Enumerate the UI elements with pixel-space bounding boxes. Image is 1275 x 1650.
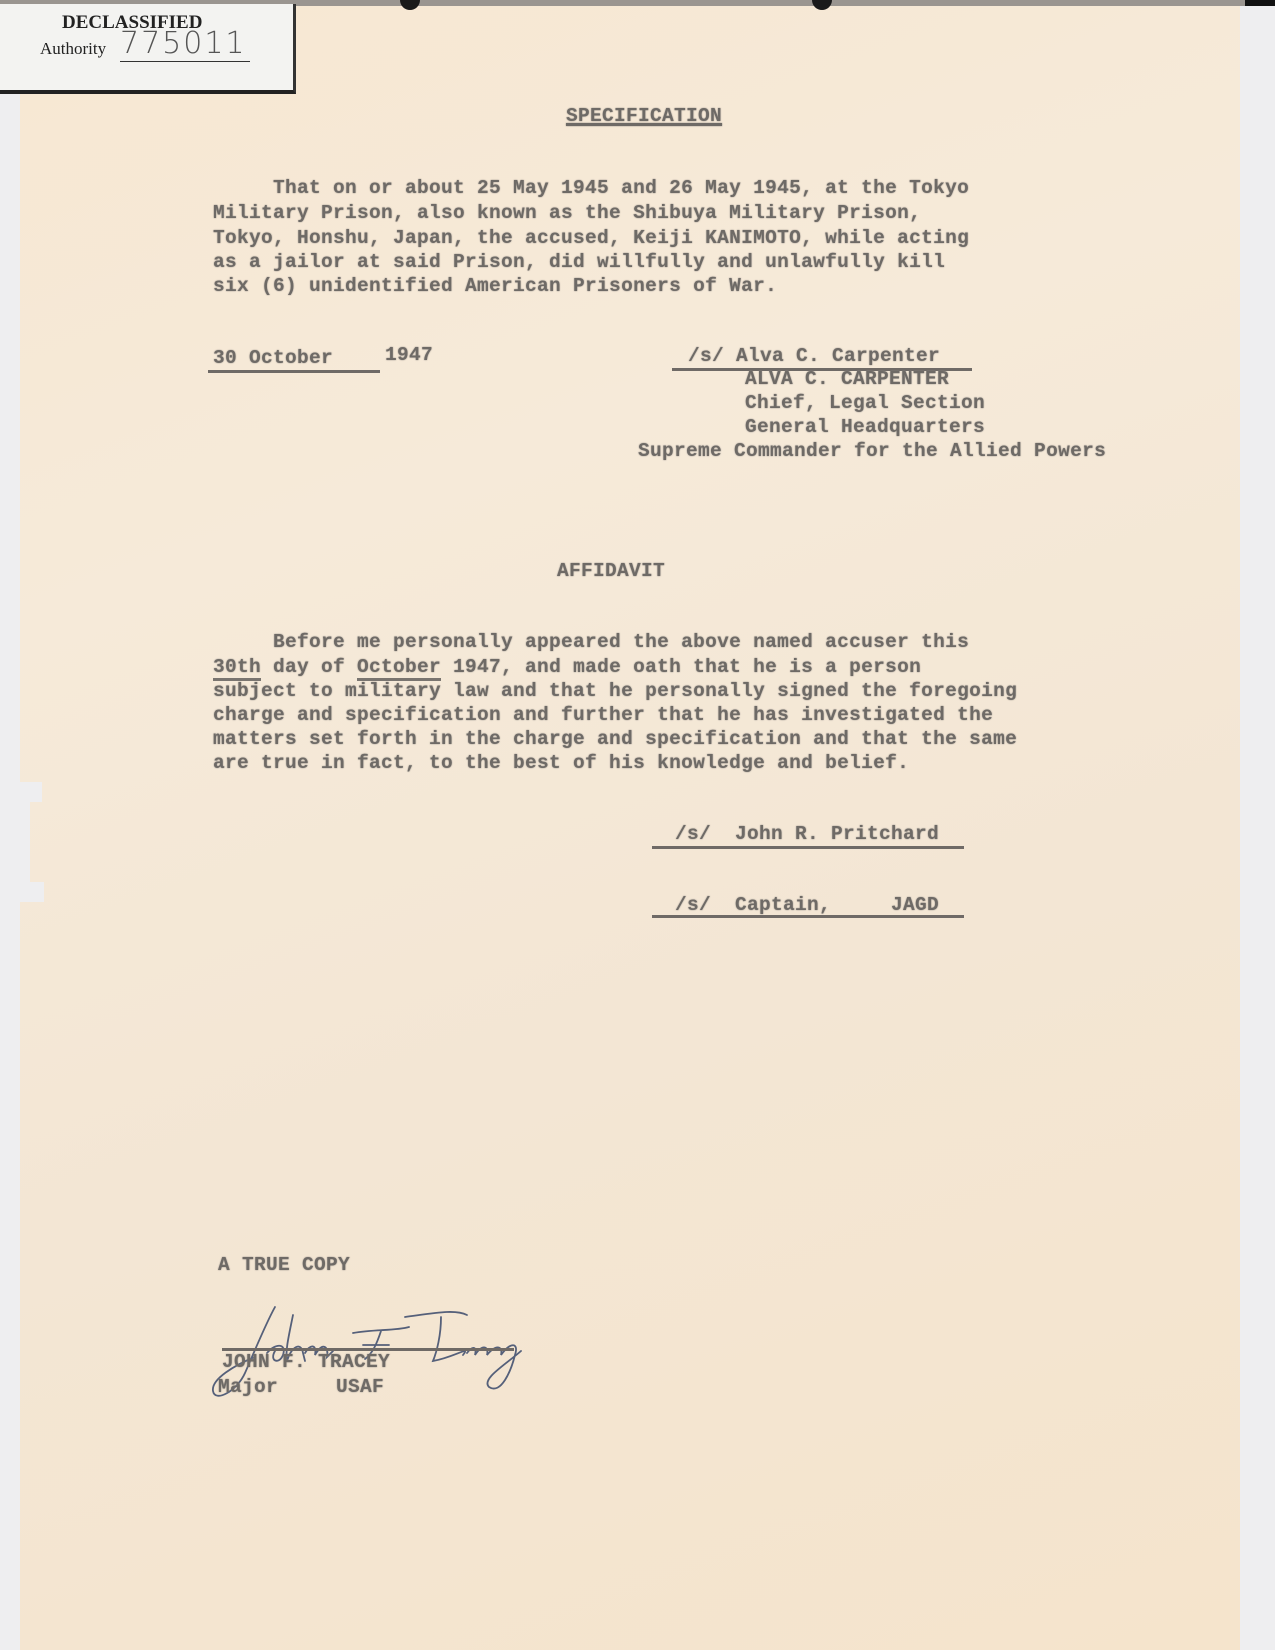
affidavit-line: 30th day of October 1947, and made oath … [213,656,921,678]
carpenter-signature-line: /s/ Alva C. Carpenter [688,345,940,367]
affidavit-month: October [357,656,441,681]
affidavit-line: are true in fact, to the best of his kno… [213,752,909,774]
tracey-rank: Major [218,1376,278,1398]
scan-corner [1245,0,1275,6]
specification-date: 30 October [213,347,333,369]
specification-line: That on or about 25 May 1945 and 26 May … [213,177,969,199]
torn-edge [0,882,44,902]
affidavit-line: subject to military law and that he pers… [213,680,1017,702]
carpenter-title: Chief, Legal Section [745,392,985,414]
signature-underline [652,915,964,918]
affidavit-line: matters set forth in the charge and spec… [213,728,1017,750]
captain-signature-line: /s/ Captain, JAGD [675,894,939,916]
torn-edge [0,802,30,882]
carpenter-name: ALVA C. CARPENTER [745,368,949,390]
affidavit-line: Before me personally appeared the above … [213,631,969,653]
true-copy-label: A TRUE COPY [218,1254,350,1276]
specification-line: six (6) unidentified American Prisoners … [213,275,777,297]
torn-edge [0,782,42,802]
carpenter-title: General Headquarters [745,416,985,438]
specification-heading: SPECIFICATION [566,105,722,127]
affidavit-line: charge and specification and further tha… [213,704,993,726]
specification-year: 1947 [385,344,433,366]
affidavit-day: 30th [213,656,261,681]
affidavit-heading: AFFIDAVIT [557,560,665,582]
authority-label: Authority [40,39,106,59]
carpenter-title: Supreme Commander for the Allied Powers [638,440,1106,462]
specification-line: Military Prison, also known as the Shibu… [213,202,921,224]
specification-line: Tokyo, Honshu, Japan, the accused, Keiji… [213,227,969,249]
tracey-branch: USAF [336,1376,384,1398]
authority-number: 775011 [120,26,250,62]
tracey-name: JOHN F. TRACEY [222,1351,390,1373]
specification-line: as a jailor at said Prison, did willfull… [213,251,945,273]
date-underline [208,370,380,373]
pritchard-signature-line: /s/ John R. Pritchard [675,823,939,845]
declassified-stamp: DECLASSIFIED Authority 775011 [0,4,296,94]
signature-underline [652,846,964,849]
